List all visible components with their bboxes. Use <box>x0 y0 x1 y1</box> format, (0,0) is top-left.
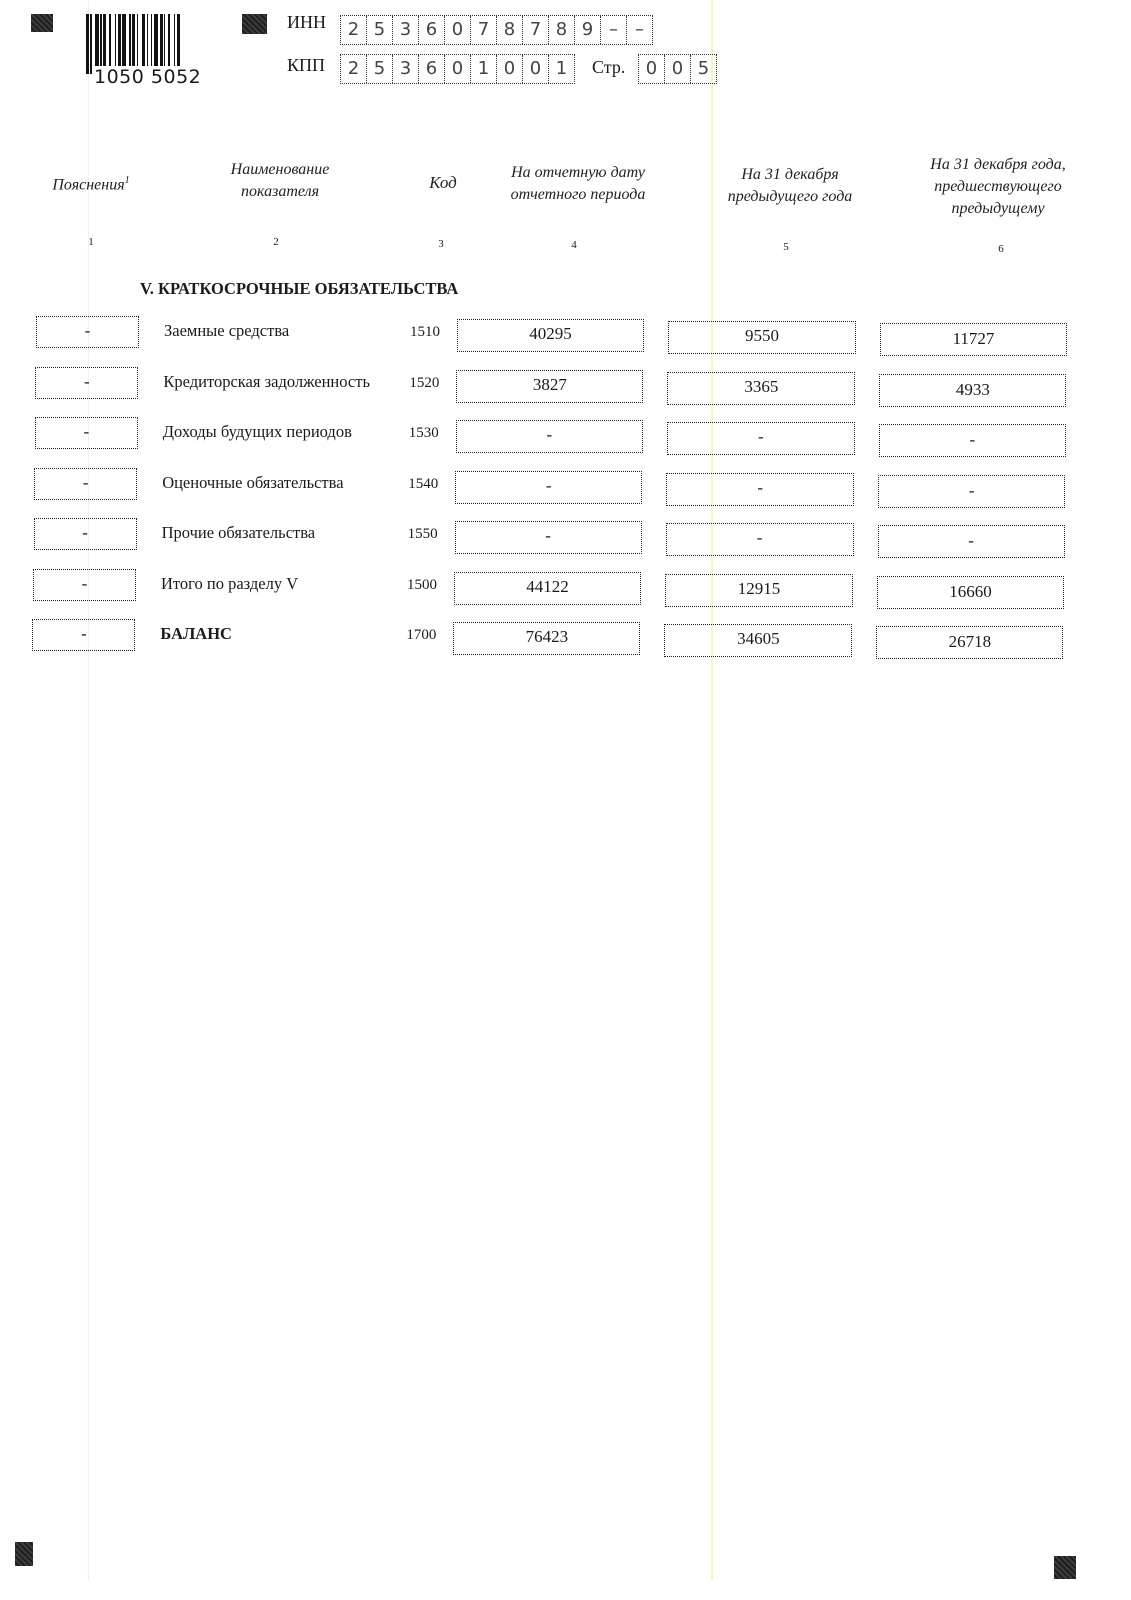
row-code: 1700 <box>406 627 436 644</box>
note-cell: - <box>32 619 135 651</box>
column-number-4: 4 <box>554 239 594 251</box>
value-prev-year: - <box>666 473 854 506</box>
registration-marker-bottom-left <box>15 1542 33 1566</box>
column-header-name: Наименование показателя <box>190 159 370 203</box>
page-number-field: 005 <box>638 54 717 84</box>
value-prev-prev-year: 4933 <box>879 374 1066 407</box>
value-current: 44122 <box>454 572 641 605</box>
note-cell: - <box>36 316 139 348</box>
section-title: V. КРАТКОСРОЧНЫЕ ОБЯЗАТЕЛЬСТВА <box>140 279 458 299</box>
note-cell: - <box>33 569 136 601</box>
row-code: 1510 <box>410 324 440 341</box>
digit-cell: 8 <box>549 16 575 44</box>
column-header-name-line2: показателя <box>190 181 370 203</box>
value-prev-year: 12915 <box>665 574 853 607</box>
column-header-prev-prev-year-line2: предшествующего <box>893 176 1103 198</box>
column-header-current: На отчетную дату отчетного периода <box>478 162 678 206</box>
value-prev-prev-year: 11727 <box>880 323 1067 356</box>
column-number-6: 6 <box>981 243 1021 255</box>
row-code: 1530 <box>409 425 439 442</box>
barcode-number: 1050 5052 <box>92 66 203 88</box>
column-number-3: 3 <box>421 238 461 250</box>
digit-cell: – <box>601 16 627 44</box>
column-number-1: 1 <box>71 236 111 248</box>
row-label: Доходы будущих периодов <box>163 422 352 442</box>
column-number-2: 2 <box>256 236 296 248</box>
digit-cell: 3 <box>393 16 419 44</box>
value-current: 76423 <box>453 622 640 655</box>
value-current: - <box>456 420 643 453</box>
value-prev-year: 9550 <box>668 321 856 354</box>
row-code: 1500 <box>407 577 437 594</box>
value-prev-year: - <box>667 422 855 455</box>
column-header-prev-prev-year-line1: На 31 декабря года, <box>893 154 1103 176</box>
digit-cell: 1 <box>549 55 574 83</box>
inn-label: ИНН <box>287 12 326 33</box>
digit-cell: 6 <box>419 55 445 83</box>
digit-cell: 0 <box>497 55 523 83</box>
column-header-code-text: Код <box>429 173 457 192</box>
digit-cell: 5 <box>367 55 393 83</box>
column-header-current-line2: отчетного периода <box>478 184 678 206</box>
row-code: 1550 <box>408 526 438 543</box>
value-prev-prev-year: 26718 <box>876 626 1063 659</box>
row-code: 1520 <box>409 375 439 392</box>
column-header-prev-year-line2: предыдущего года <box>690 186 890 208</box>
note-cell: - <box>34 518 137 550</box>
value-prev-prev-year: - <box>878 525 1065 558</box>
column-header-name-line1: Наименование <box>190 159 370 181</box>
row-code: 1540 <box>408 476 438 493</box>
kpp-field: 253601001 <box>340 54 575 84</box>
digit-cell: 5 <box>691 55 716 83</box>
value-prev-year: - <box>666 523 854 556</box>
column-header-prev-prev-year-line3: предыдущему <box>893 198 1103 220</box>
digit-cell: 7 <box>471 16 497 44</box>
digit-cell: 6 <box>419 16 445 44</box>
footnote-marker: 1 <box>125 175 130 186</box>
column-header-current-line1: На отчетную дату <box>478 162 678 184</box>
digit-cell: 0 <box>665 55 691 83</box>
column-header-notes: Пояснения1 <box>36 170 146 196</box>
value-prev-year: 3365 <box>667 372 855 405</box>
column-header-code: Код <box>413 172 473 194</box>
value-prev-year: 34605 <box>664 624 852 657</box>
row-label: Кредиторская задолженность <box>163 372 370 392</box>
value-current: 40295 <box>457 319 644 352</box>
registration-marker-top-left <box>31 14 53 32</box>
row-label: БАЛАНС <box>160 624 232 644</box>
digit-cell: 0 <box>639 55 665 83</box>
column-header-prev-year-line1: На 31 декабря <box>690 164 890 186</box>
column-header-prev-prev-year: На 31 декабря года, предшествующего пред… <box>893 154 1103 220</box>
row-label: Прочие обязательства <box>162 523 316 543</box>
note-cell: - <box>35 417 138 449</box>
page-label: Стр. <box>592 57 625 78</box>
column-header-notes-text: Пояснения <box>52 176 124 193</box>
digit-cell: 1 <box>471 55 497 83</box>
digit-cell: 2 <box>341 55 367 83</box>
row-label: Оценочные обязательства <box>162 473 343 493</box>
digit-cell: 5 <box>367 16 393 44</box>
note-cell: - <box>35 367 138 399</box>
value-prev-prev-year: 16660 <box>877 576 1064 609</box>
row-label: Итого по разделу V <box>161 574 298 594</box>
value-current: 3827 <box>456 370 643 403</box>
row-label: Заемные средства <box>164 321 289 341</box>
digit-cell: 3 <box>393 55 419 83</box>
column-header-prev-year: На 31 декабря предыдущего года <box>690 164 890 208</box>
digit-cell: 0 <box>523 55 549 83</box>
barcode <box>86 14 208 74</box>
kpp-label: КПП <box>287 55 325 76</box>
barcode-bar <box>180 14 181 74</box>
value-current: - <box>455 521 642 554</box>
digit-cell: – <box>627 16 652 44</box>
scan-artifact-line <box>711 0 713 1580</box>
note-cell: - <box>34 468 137 500</box>
digit-cell: 9 <box>575 16 601 44</box>
digit-cell: 0 <box>445 16 471 44</box>
digit-cell: 8 <box>497 16 523 44</box>
column-number-5: 5 <box>766 241 806 253</box>
value-prev-prev-year: - <box>879 424 1066 457</box>
digit-cell: 7 <box>523 16 549 44</box>
inn-field: 2536078789–– <box>340 15 653 45</box>
value-current: - <box>455 471 642 504</box>
value-prev-prev-year: - <box>878 475 1065 508</box>
registration-marker-bottom-right <box>1054 1556 1076 1579</box>
digit-cell: 0 <box>445 55 471 83</box>
digit-cell: 2 <box>341 16 367 44</box>
registration-marker-top-mid <box>242 14 267 34</box>
